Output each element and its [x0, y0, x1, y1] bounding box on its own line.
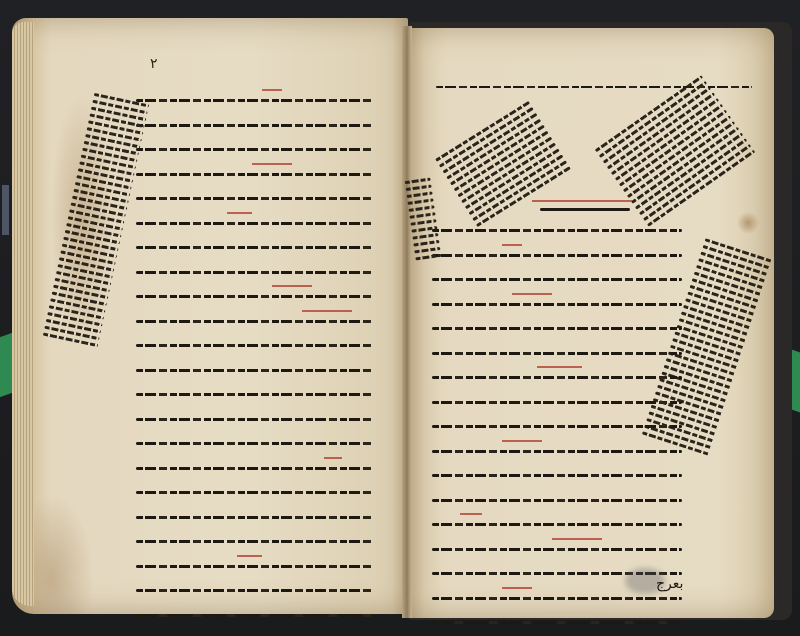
text-line — [136, 454, 372, 479]
text-line — [136, 405, 372, 430]
text-line — [432, 535, 682, 560]
text-line — [432, 486, 682, 511]
text-line — [136, 209, 372, 234]
text-line — [432, 412, 682, 437]
text-line — [432, 265, 682, 290]
basmala-rubric — [532, 200, 632, 202]
text-line — [136, 233, 372, 258]
text-line — [432, 437, 682, 462]
left-main-text — [136, 86, 372, 625]
text-line — [432, 363, 682, 388]
catchword: بعرج — [656, 576, 683, 592]
page-edges — [12, 22, 34, 606]
text-line — [136, 258, 372, 283]
text-line — [432, 314, 682, 339]
text-line — [136, 380, 372, 405]
text-line — [136, 160, 372, 185]
basmala — [540, 202, 630, 216]
folio-number: ٢ — [150, 56, 158, 72]
text-line — [432, 510, 682, 535]
text-line — [136, 282, 372, 307]
text-line — [432, 461, 682, 486]
text-line — [136, 307, 372, 332]
text-line — [136, 429, 372, 454]
text-line — [432, 216, 682, 241]
text-line — [432, 388, 682, 413]
text-line — [136, 601, 372, 626]
text-line — [136, 503, 372, 528]
text-line — [136, 135, 372, 160]
text-line — [136, 527, 372, 552]
photo-background: ٢ — [0, 0, 800, 636]
text-line — [136, 478, 372, 503]
text-line — [136, 356, 372, 381]
green-stripe-left — [0, 333, 12, 397]
spine-label — [2, 185, 9, 235]
text-line — [432, 241, 682, 266]
text-line — [136, 552, 372, 577]
text-line — [432, 339, 682, 364]
text-line — [136, 86, 372, 111]
text-line — [136, 331, 372, 356]
text-line — [432, 608, 682, 633]
text-line — [136, 184, 372, 209]
text-line — [432, 290, 682, 315]
text-line — [136, 111, 372, 136]
book-gutter — [402, 26, 412, 618]
text-line — [136, 576, 372, 601]
